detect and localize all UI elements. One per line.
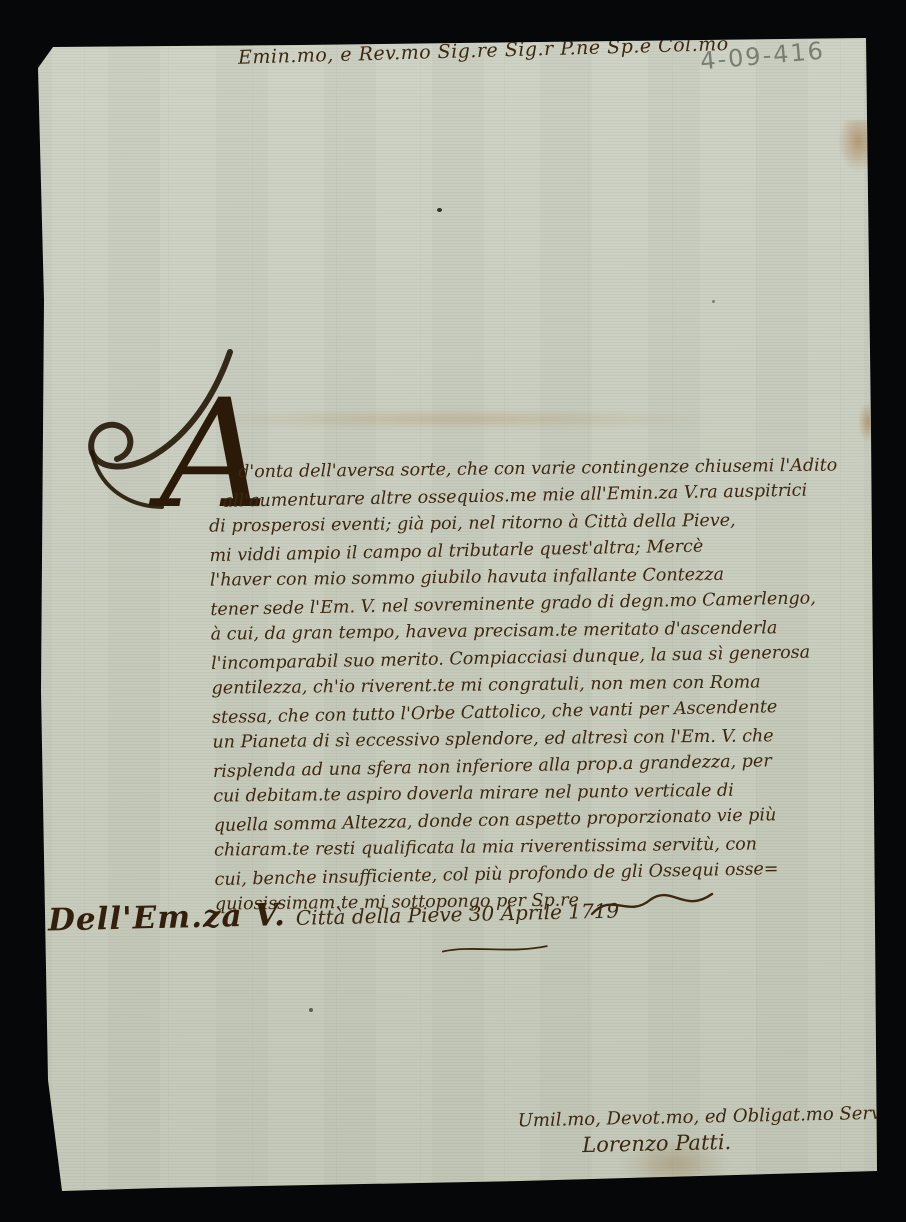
- ink-speck: [309, 1008, 313, 1012]
- letter-body: d'onta dell'aversa sorte, che con varie …: [208, 451, 835, 920]
- date-underline-flourish: [441, 941, 551, 957]
- ink-speck: [712, 300, 715, 303]
- valediction: Dell'Em.za V.: [48, 897, 287, 938]
- signature-block: Umil.mo, Devot.mo, ed Obligat.mo Servo V…: [518, 1102, 906, 1159]
- place-and-date: Città della Pieve 30 Aprile 1719: [296, 899, 620, 930]
- ink-speck: [437, 208, 442, 212]
- manuscript-page: Emin.mo, e Rev.mo Sig.re Sig.r P.ne Sp.e…: [0, 0, 906, 1222]
